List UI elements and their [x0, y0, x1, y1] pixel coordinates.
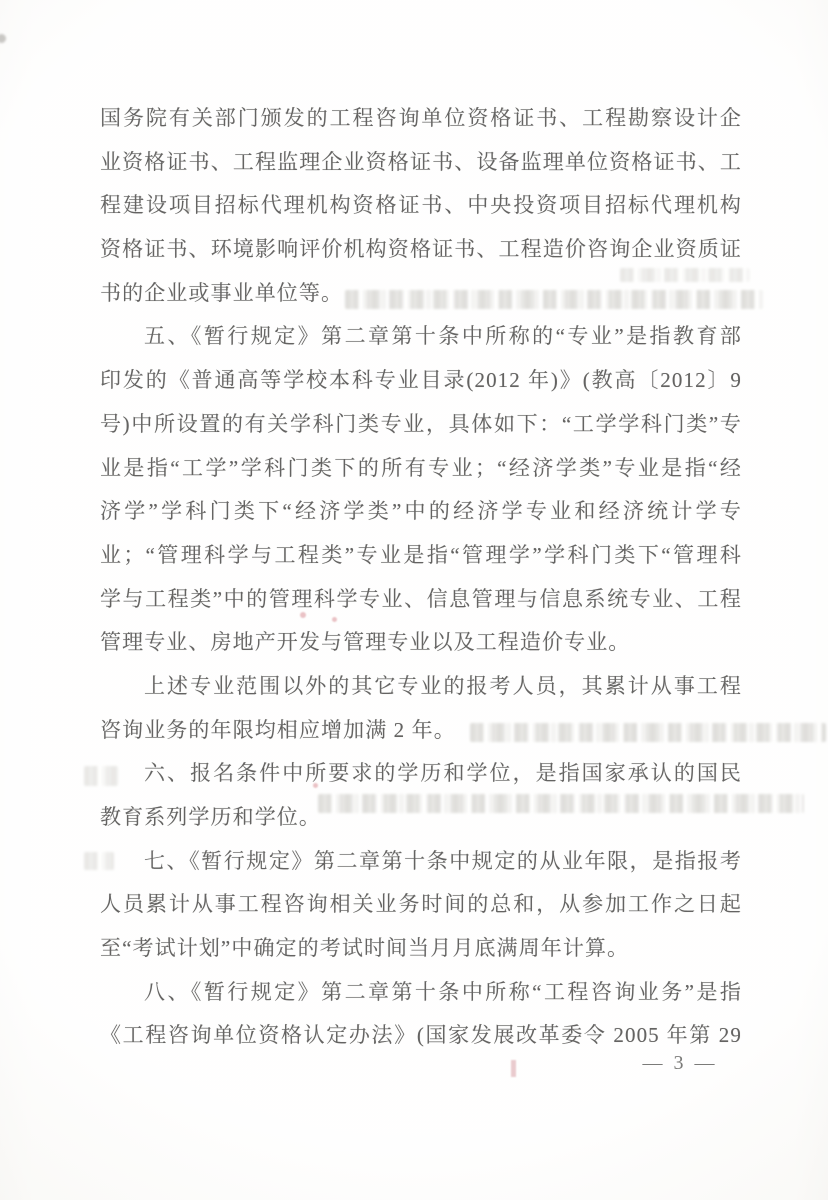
ink-bleed-artifact: [84, 852, 114, 870]
document-line: 程建设项目招标代理机构资格证书、中央投资项目招标代理机构: [100, 184, 742, 228]
document-line: 八、《暂行规定》第二章第十条中所称“工程咨询业务”是指: [100, 971, 742, 1015]
document-line: 人员累计从事工程咨询相关业务时间的总和，从参加工作之日起: [100, 883, 742, 927]
scan-speck: [332, 617, 337, 622]
document-line: 号)中所设置的有关学科门类专业，具体如下：“工学学科门类”专: [100, 403, 742, 447]
document-line: 六、报名条件中所要求的学历和学位，是指国家承认的国民: [100, 752, 742, 796]
document-line: 资格证书、环境影响评价机构资格证书、工程造价咨询企业资质证: [100, 228, 742, 272]
document-line: 业是指“工学”学科门类下的所有专业；“经济学类”专业是指“经: [100, 447, 742, 491]
document-line: 国务院有关部门颁发的工程咨询单位资格证书、工程勘察设计企: [100, 97, 742, 141]
scan-speck-red: [511, 1060, 516, 1077]
scan-speck: [300, 612, 306, 618]
ink-bleed-artifact: [84, 766, 118, 786]
document-line: 上述专业范围以外的其它专业的报考人员，其累计从事工程: [100, 665, 742, 709]
ink-bleed-artifact: [620, 268, 750, 282]
scan-speck: [313, 783, 318, 788]
document-line: 业；“管理科学与工程类”专业是指“管理学”学科门类下“管理科: [100, 534, 742, 578]
document-line: 业资格证书、工程监理企业资格证书、设备监理单位资格证书、工: [100, 141, 742, 185]
ink-bleed-artifact: [318, 794, 804, 813]
scanned-paper-page: 国务院有关部门颁发的工程咨询单位资格证书、工程勘察设计企 业资格证书、工程监理企…: [0, 0, 828, 1200]
document-line: 五、《暂行规定》第二章第十条中所称的“专业”是指教育部: [100, 315, 742, 359]
page-number: — 3 —: [600, 1052, 760, 1075]
document-line: 学与工程类”中的管理科学专业、信息管理与信息系统专业、工程: [100, 578, 742, 622]
document-line: 印发的《普通高等学校本科专业目录(2012 年)》(教高〔2012〕9: [100, 359, 742, 403]
document-text-block: 国务院有关部门颁发的工程咨询单位资格证书、工程勘察设计企 业资格证书、工程监理企…: [100, 97, 742, 1058]
document-line: 七、《暂行规定》第二章第十条中规定的从业年限，是指报考: [100, 840, 742, 884]
document-line: 至“考试计划”中确定的考试时间当月月底满周年计算。: [100, 927, 742, 971]
ink-bleed-artifact: [470, 723, 826, 742]
document-line: 管理专业、房地产开发与管理专业以及工程造价专业。: [100, 621, 742, 665]
document-line: 济学”学科门类下“经济学类”中的经济学专业和经济统计学专: [100, 490, 742, 534]
scan-speck: [186, 208, 190, 212]
ink-bleed-artifact: [345, 290, 763, 309]
scan-edge-mark: [0, 34, 6, 43]
